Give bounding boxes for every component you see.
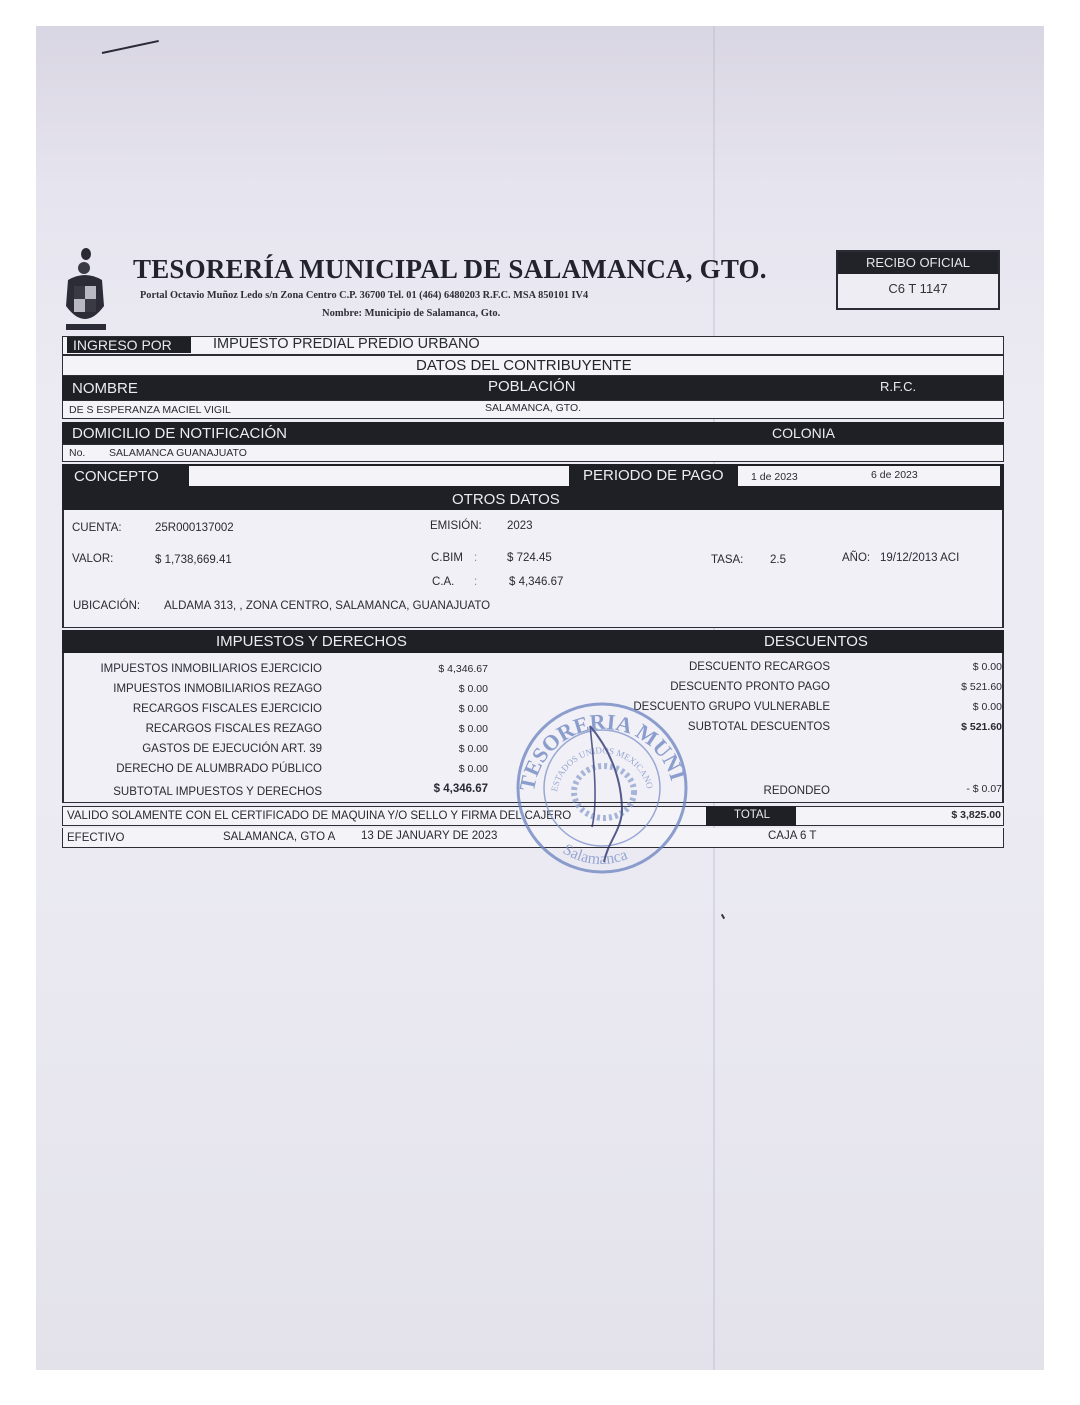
impuestos-subtotal-value: $ 4,346.67 — [364, 783, 488, 795]
cuenta-value: 25R000137002 — [155, 522, 234, 534]
valor-value: $ 1,738,669.41 — [155, 554, 232, 566]
ingreso-value: IMPUESTO PREDIAL PREDIO URBANO — [213, 336, 480, 352]
impuestos-title: IMPUESTOS Y DERECHOS — [216, 633, 407, 650]
impuesto-label: IMPUESTOS INMOBILIARIOS EJERCICIO — [64, 663, 322, 675]
domicilio-row: No. SALAMANCA GUANAJUATO — [62, 444, 1004, 462]
cuenta-label: CUENTA: — [72, 522, 122, 534]
impuesto-label: DERECHO DE ALUMBRADO PÚBLICO — [64, 763, 322, 775]
emision-value: 2023 — [507, 520, 533, 532]
valor-label: VALOR: — [72, 553, 113, 565]
concepto-value-box — [189, 466, 569, 486]
ca-label: C.A. — [432, 576, 454, 588]
otros-datos-bar: OTROS DATOS — [62, 488, 1004, 510]
emision-label: EMISIÓN: — [430, 520, 482, 532]
impuesto-label: RECARGOS FISCALES EJERCICIO — [64, 703, 322, 715]
domicilio-no: No. — [69, 447, 85, 459]
municipal-crest-icon — [62, 246, 108, 332]
impuesto-amount: $ 0.00 — [364, 743, 488, 755]
impuesto-label: IMPUESTOS INMOBILIARIOS REZAGO — [64, 683, 322, 695]
impuesto-amount: $ 0.00 — [364, 703, 488, 715]
ca-separator: : — [474, 576, 477, 588]
ubicacion-label: UBICACIÓN: — [73, 600, 140, 612]
receipt-box: RECIBO OFICIAL C6 T 1147 — [836, 250, 1000, 310]
domicilio-value: SALAMANCA GUANAJUATO — [109, 447, 247, 459]
impuesto-amount: $ 4,346.67 — [364, 663, 488, 675]
municipal-seal-stamp: TESORERIA MUNICIPAL ESTADOS UNIDOS MEXIC… — [512, 692, 692, 876]
total-label-box: TOTAL — [706, 806, 796, 826]
impuesto-label: RECARGOS FISCALES REZAGO — [64, 723, 322, 735]
redondeo-value: - $ 0.07 — [864, 783, 1002, 795]
tasa-label: TASA: — [711, 554, 743, 566]
forma-pago: EFECTIVO — [67, 832, 125, 844]
total-value: $ 3,825.00 — [863, 809, 1001, 821]
ingreso-row: INGRESO POR IMPUESTO PREDIAL PREDIO URBA… — [62, 336, 1004, 355]
impuesto-amount: $ 0.00 — [364, 763, 488, 775]
descuento-label: DESCUENTO RECARGOS — [564, 661, 830, 673]
cbim-separator: : — [474, 552, 477, 564]
periodo-hasta: 6 de 2023 — [871, 469, 918, 481]
periodo-values-box: 1 de 2023 6 de 2023 — [738, 466, 1000, 486]
total-label: TOTAL — [734, 809, 770, 821]
ubicacion-value: ALDAMA 313, , ZONA CENTRO, SALAMANCA, GU… — [164, 600, 490, 612]
impuesto-amount: $ 0.00 — [364, 683, 488, 695]
lugar: SALAMANCA, GTO A — [223, 831, 335, 843]
ingreso-label: INGRESO POR — [67, 337, 191, 353]
cbim-value: $ 724.45 — [507, 552, 552, 564]
nombre-value: DE S ESPERANZA MACIEL VIGIL — [69, 404, 231, 416]
descuento-amount: $ 521.60 — [864, 681, 1002, 693]
nombre-header-bar: NOMBRE POBLACIÓN R.F.C. — [62, 376, 1004, 400]
impuestos-descuentos-bar: IMPUESTOS Y DERECHOS DESCUENTOS — [62, 630, 1004, 653]
descuentos-subtotal-value: $ 521.60 — [864, 721, 1002, 733]
concepto-label: CONCEPTO — [74, 468, 159, 485]
descuento-amount: $ 0.00 — [864, 661, 1002, 673]
cbim-label: C.BIM — [431, 552, 463, 564]
ca-value: $ 4,346.67 — [509, 576, 563, 588]
validez-text: VALIDO SOLAMENTE CON EL CERTIFICADO DE M… — [67, 810, 571, 822]
receipt-number: C6 T 1147 — [838, 274, 998, 304]
descuentos-title: DESCUENTOS — [764, 633, 868, 650]
colonia-label: COLONIA — [772, 425, 835, 441]
rfc-label: R.F.C. — [880, 379, 916, 394]
impuesto-label: GASTOS DE EJECUCIÓN ART. 39 — [64, 743, 322, 755]
impuesto-amount: $ 0.00 — [364, 723, 488, 735]
otros-datos-body: CUENTA: 25R000137002 EMISIÓN: 2023 VALOR… — [62, 510, 1004, 628]
tasa-value: 2.5 — [770, 554, 786, 566]
nombre-row: DE S ESPERANZA MACIEL VIGIL SALAMANCA, G… — [62, 400, 1004, 419]
receipt-label: RECIBO OFICIAL — [838, 252, 998, 274]
domicilio-header-bar: DOMICILIO DE NOTIFICACIÓN COLONIA — [62, 422, 1004, 444]
concepto-bar: CONCEPTO PERIODO DE PAGO 1 de 2023 6 de … — [62, 464, 1004, 488]
poblacion-value: SALAMANCA, GTO. — [485, 402, 581, 414]
contribuyente-title-row: DATOS DEL CONTRIBUYENTE — [62, 355, 1004, 376]
treasury-address: Portal Octavio Muñoz Ledo s/n Zona Centr… — [140, 290, 588, 301]
treasury-name-line: Nombre: Municipio de Salamanca, Gto. — [322, 308, 500, 319]
impuestos-subtotal-label: SUBTOTAL IMPUESTOS Y DERECHOS — [64, 786, 322, 798]
descuento-amount: $ 0.00 — [864, 701, 1002, 713]
periodo-label: PERIODO DE PAGO — [583, 467, 724, 484]
caja: CAJA 6 T — [768, 830, 816, 842]
anio-value: 19/12/2013 ACI — [880, 552, 959, 564]
domicilio-label: DOMICILIO DE NOTIFICACIÓN — [72, 425, 287, 442]
contribuyente-title: DATOS DEL CONTRIBUYENTE — [416, 357, 632, 374]
anio-label: AÑO: — [842, 552, 870, 564]
poblacion-label: POBLACIÓN — [488, 378, 576, 395]
periodo-desde: 1 de 2023 — [751, 471, 798, 483]
fecha: 13 DE JANUARY DE 2023 — [361, 830, 497, 842]
treasury-title: TESORERÍA MUNICIPAL DE SALAMANCA, GTO. — [133, 254, 767, 285]
nombre-label: NOMBRE — [72, 380, 138, 397]
otros-datos-title: OTROS DATOS — [452, 491, 560, 508]
